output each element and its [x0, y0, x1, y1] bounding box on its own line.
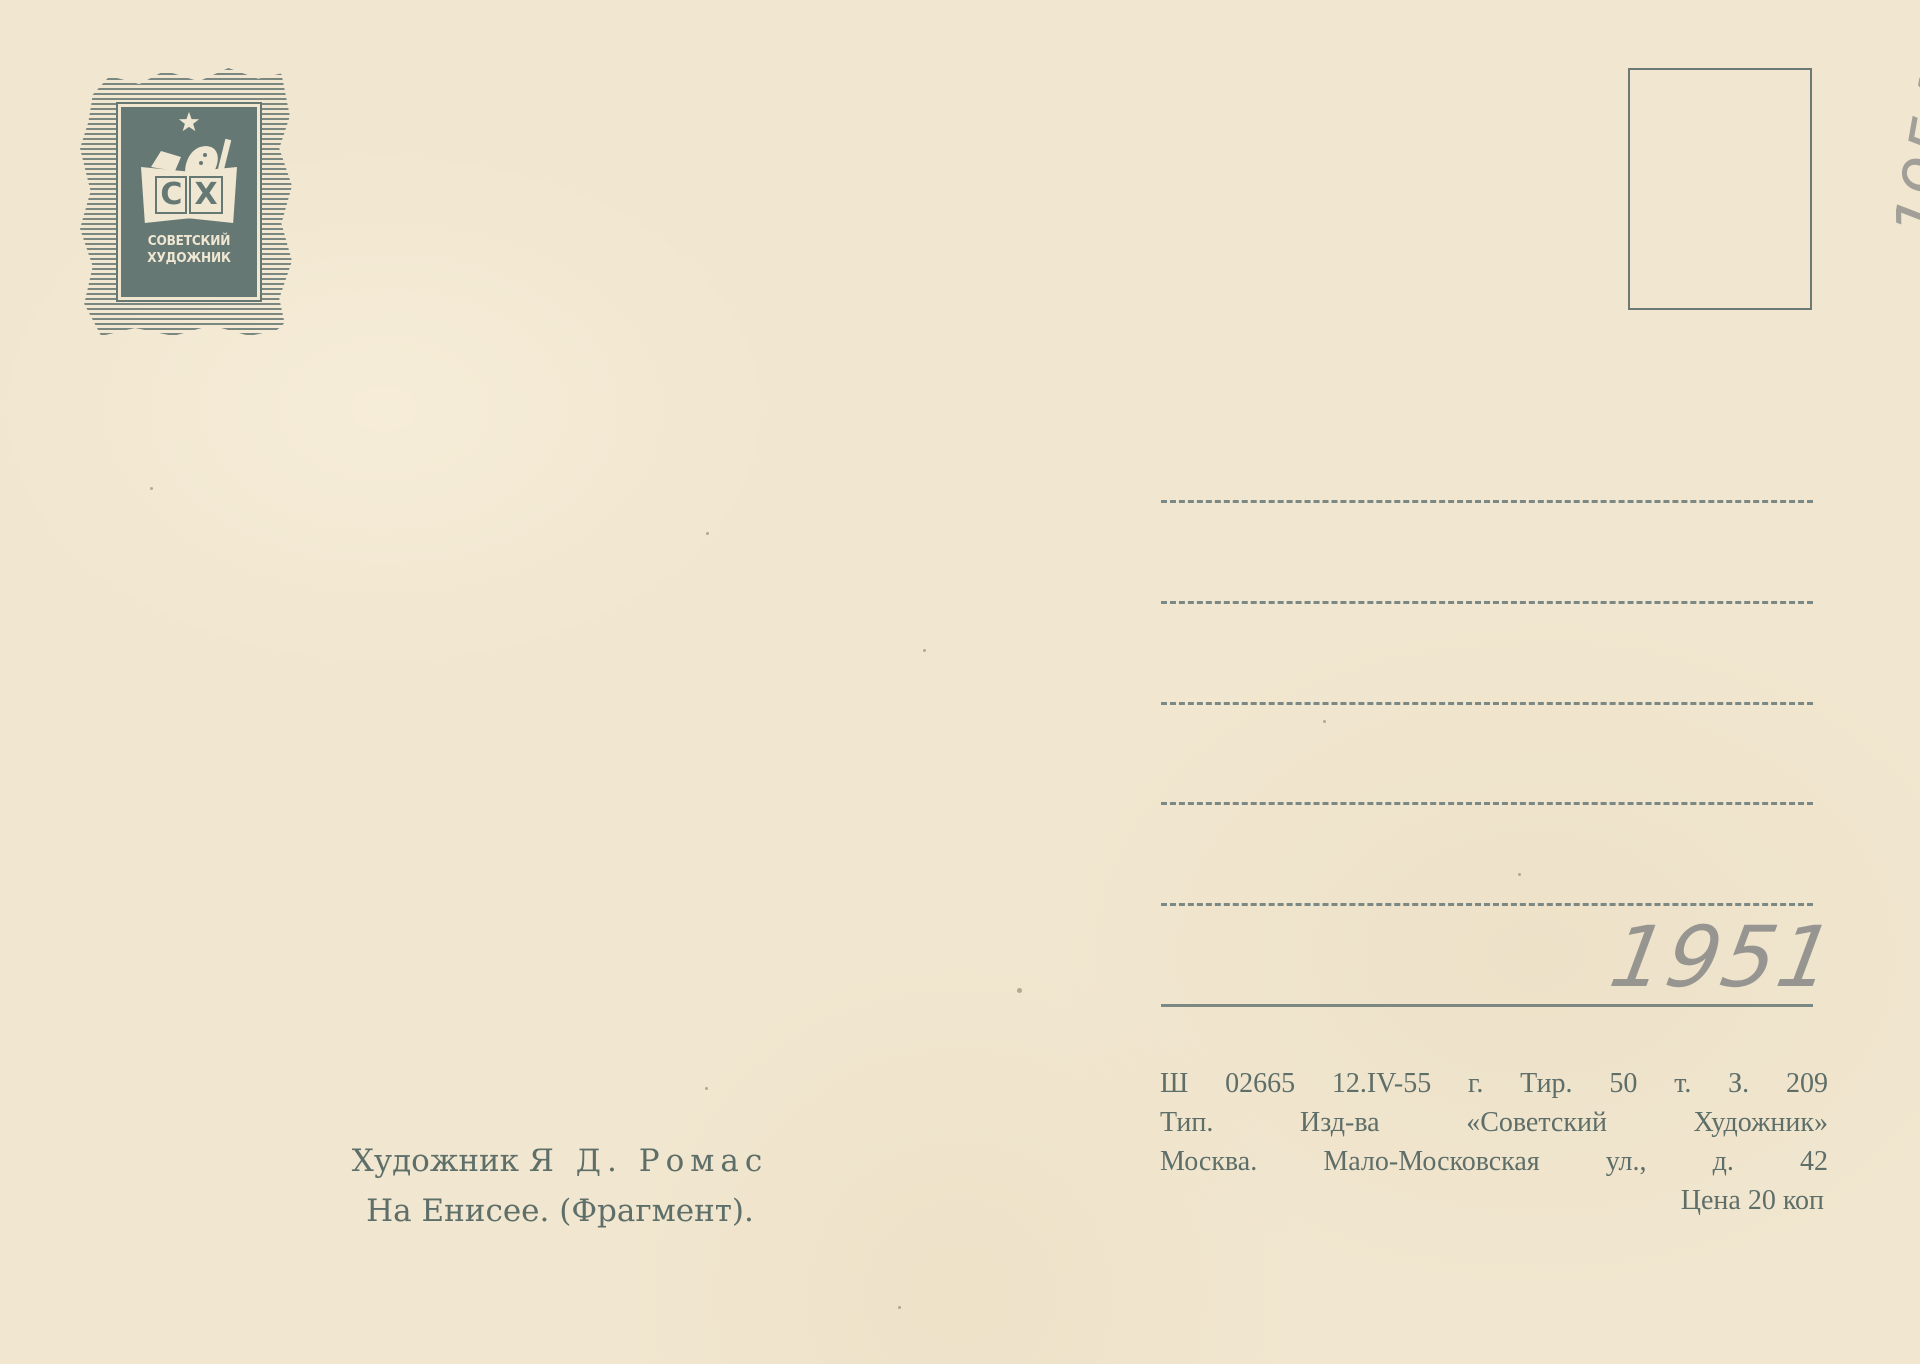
- paper-speck: [923, 649, 926, 652]
- caption-artist-line: Художник Я Д. Ромас: [300, 1136, 820, 1186]
- caption-artist-name: Я Д. Ромас: [529, 1143, 768, 1179]
- imprint-printer-line: Тип. Изд-ва «Советский Художник»: [1160, 1103, 1828, 1142]
- logo-monogram-kh: Х: [189, 176, 222, 214]
- imprint-block: Ш 02665 12.IV-55 г. Тир. 50 т. З. 209 Ти…: [1160, 1064, 1828, 1220]
- imprint-order-line: Ш 02665 12.IV-55 г. Тир. 50 т. З. 209: [1160, 1064, 1828, 1103]
- address-line-5: [1161, 903, 1813, 906]
- pencil-note-year: 1951: [1603, 908, 1842, 1006]
- paper-speck: [1323, 720, 1326, 723]
- address-line-4: [1161, 802, 1813, 805]
- caption-title: На Енисее. (Фрагмент).: [300, 1186, 820, 1236]
- address-line-2: [1161, 601, 1813, 604]
- paper-speck: [706, 532, 709, 535]
- stamp-placeholder-box: [1628, 68, 1812, 310]
- publisher-logo: С Х СОВЕТСКИЙ ХУДОЖНИК: [80, 68, 292, 336]
- paper-speck: [1017, 988, 1022, 993]
- logo-open-book: С Х: [141, 167, 237, 223]
- paper-speck: [1518, 873, 1521, 876]
- address-line-1: [1161, 500, 1813, 503]
- caption-artist-prefix: Художник: [352, 1143, 519, 1179]
- paper-speck: [705, 1087, 708, 1090]
- artwork-caption: Художник Я Д. Ромас На Енисее. (Фрагмент…: [300, 1136, 820, 1236]
- logo-text-khudozhnik: ХУДОЖНИК: [147, 250, 230, 267]
- star-icon: [178, 111, 200, 133]
- paper-speck: [898, 1306, 901, 1309]
- logo-monogram-c: С: [155, 176, 187, 214]
- logo-text-sovetsky: СОВЕТСКИЙ: [148, 233, 230, 250]
- address-line-3: [1161, 702, 1813, 705]
- logo-panel: С Х СОВЕТСКИЙ ХУДОЖНИК: [118, 104, 260, 300]
- paper-speck: [150, 487, 153, 490]
- pencil-note-margin-year: 1954: [1881, 70, 1920, 243]
- imprint-price: Цена 20 коп: [1160, 1181, 1828, 1220]
- imprint-address-line: Москва. Мало-Московская ул., д. 42: [1160, 1142, 1828, 1181]
